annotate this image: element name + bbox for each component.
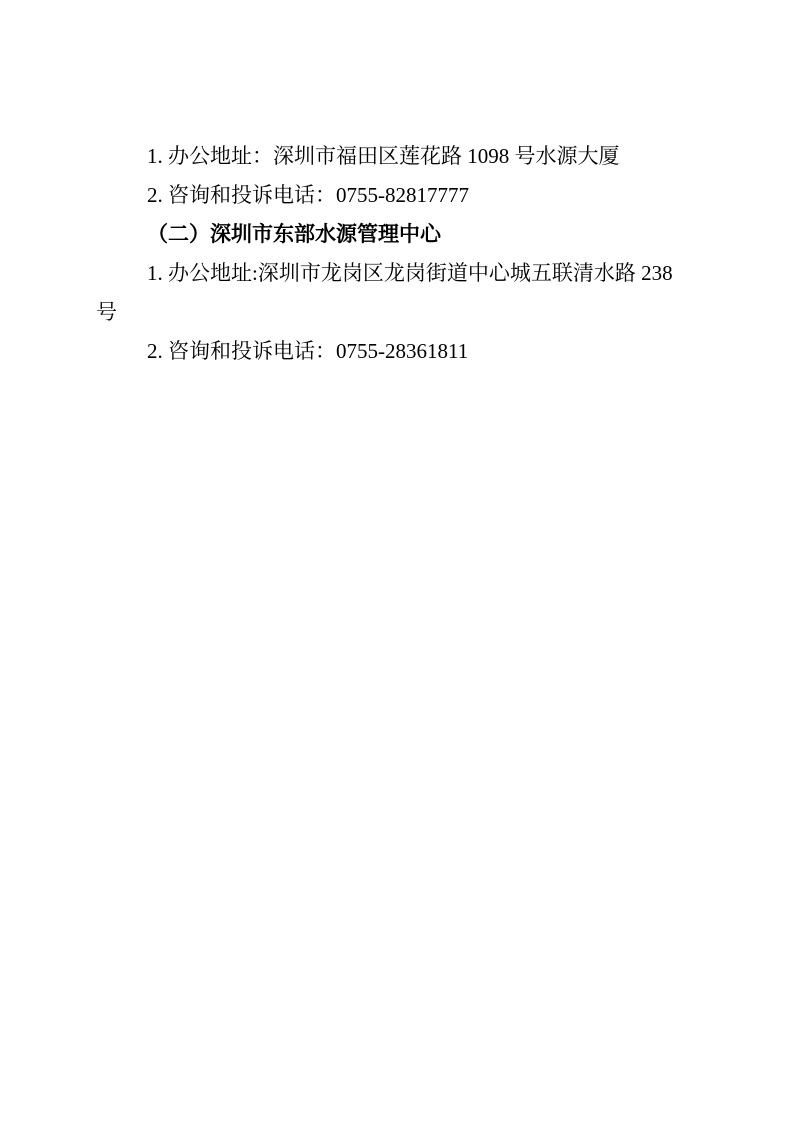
section-heading: （二）深圳市东部水源管理中心 [96, 215, 710, 254]
document-body: 1. 办公地址：深圳市福田区莲花路 1098 号水源大厦2. 咨询和投诉电话：0… [96, 137, 710, 371]
text-line: 1. 办公地址：深圳市福田区莲花路 1098 号水源大厦 [96, 137, 710, 176]
document-page: 1. 办公地址：深圳市福田区莲花路 1098 号水源大厦2. 咨询和投诉电话：0… [0, 0, 794, 1123]
text-line: 2. 咨询和投诉电话：0755-28361811 [96, 332, 710, 371]
text-line: 2. 咨询和投诉电话：0755-82817777 [96, 176, 710, 215]
text-line: 1. 办公地址:深圳市龙岗区龙岗街道中心城五联清水路 238 [96, 254, 710, 293]
text-line: 号 [96, 293, 710, 332]
